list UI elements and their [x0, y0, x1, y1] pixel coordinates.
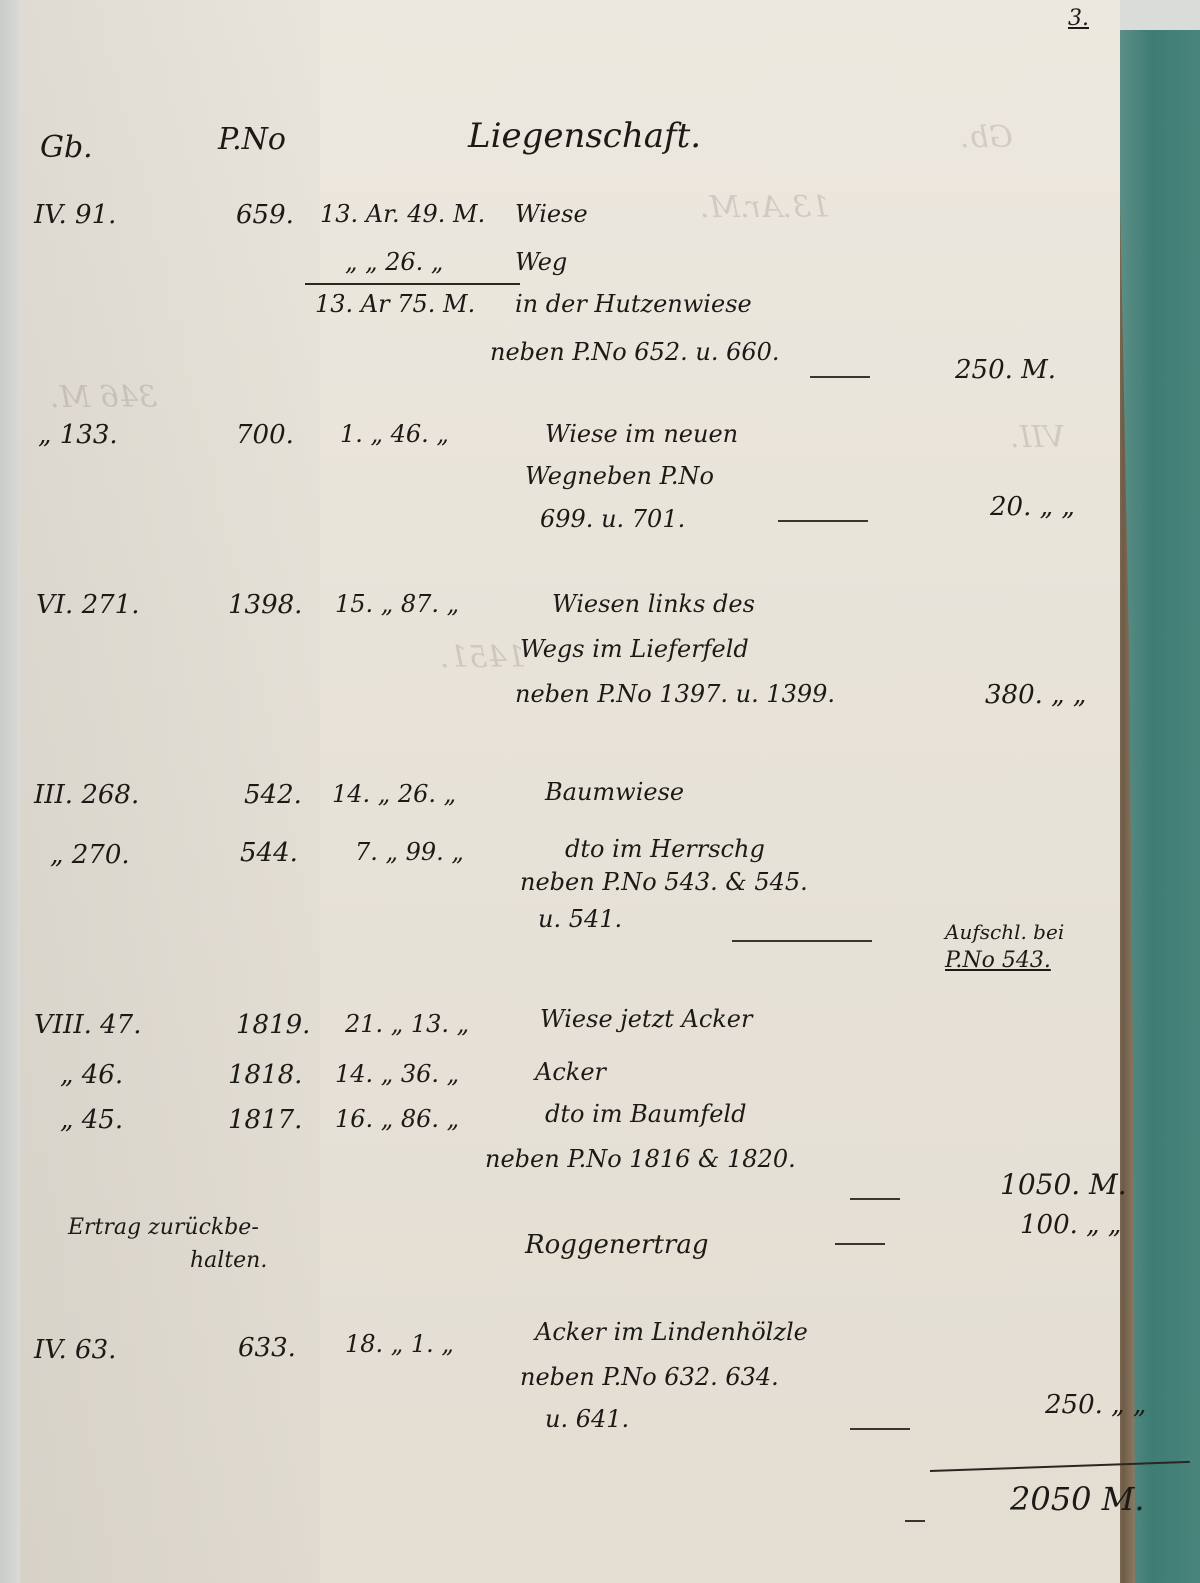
entry-desc: neben P.No 1397. u. 1399. [515, 680, 835, 708]
leader-line [732, 940, 872, 942]
entry-gb: „ 270. [50, 840, 130, 870]
roggen-label: Roggenertrag [525, 1230, 709, 1260]
entry-gb: VIII. 47. [34, 1010, 141, 1040]
entry-desc: 699. u. 701. [540, 505, 685, 533]
entry-desc: in der Hutzenwiese [515, 290, 752, 318]
entry-gb: III. 268. [34, 780, 139, 810]
entry-desc: neben P.No 1816 & 1820. [485, 1145, 796, 1173]
entry-value: 20. „ „ [990, 492, 1075, 522]
entry-area: 13. Ar 75. M. [315, 290, 475, 318]
adjacent-page-edge [0, 0, 22, 1583]
entry-gb: „ 46. [60, 1060, 123, 1090]
entry-desc: Wiese jetzt Acker [540, 1005, 752, 1033]
entry-gb: „ 45. [60, 1105, 123, 1135]
entry-desc: neben P.No 652. u. 660. [490, 338, 780, 366]
leader-line [850, 1198, 900, 1200]
bleed-through: 13.Ar.M. [700, 190, 830, 225]
entry-plan-nr: 659. [236, 200, 294, 230]
header-grundbuch: Gb. [40, 130, 93, 165]
entry-gb: „ 133. [38, 420, 118, 450]
entry-desc: neben P.No 543. & 545. [520, 868, 808, 896]
leader-line [905, 1520, 925, 1522]
entry-plan-nr: 1398. [228, 590, 302, 620]
entry-area: 1. „ 46. „ [340, 420, 449, 448]
entry-desc: Baumwiese [545, 778, 684, 806]
entry-note: Aufschl. bei [945, 920, 1064, 944]
entry-area: 16. „ 86. „ [335, 1105, 459, 1133]
entry-area: 13. Ar. 49. M. [320, 200, 485, 228]
entry-desc: neben P.No 632. 634. [520, 1363, 779, 1391]
entry-value: 250. M. [955, 355, 1056, 385]
entry-note: P.No 543. [945, 948, 1051, 973]
entry-area: 14. „ 26. „ [332, 780, 456, 808]
entry-area: 7. „ 99. „ [355, 838, 464, 866]
page-number: 3. [1068, 6, 1089, 31]
roggen-value: 100. „ „ [1020, 1210, 1121, 1240]
header-plan-nr: P.No [218, 122, 286, 157]
bleed-through: 346 M. [50, 380, 157, 415]
entry-value: 380. „ „ [985, 680, 1086, 710]
entry-plan-nr: 544. [240, 838, 298, 868]
entry-area: 18. „ 1. „ [345, 1330, 454, 1358]
bleed-through: VII. [1010, 420, 1065, 455]
entry-gb: IV. 91. [34, 200, 116, 230]
entry-desc: Wegs im Lieferfeld [520, 635, 749, 663]
side-note: halten. [190, 1248, 267, 1273]
entry-plan-nr: 700. [236, 420, 294, 450]
entry-desc: Wiese im neuen [545, 420, 738, 448]
leader-line [835, 1243, 885, 1245]
entry-desc: Weg [515, 248, 567, 276]
entry-area: 21. „ 13. „ [345, 1010, 469, 1038]
entry-gb: VI. 271. [36, 590, 139, 620]
entry-desc: Acker im Lindenhölzle [535, 1318, 808, 1346]
entry-value: 250. „ „ [1045, 1390, 1146, 1420]
entry-value: 1050. M. [1000, 1168, 1127, 1201]
sum-rule [305, 283, 520, 285]
entry-desc: Wiesen links des [552, 590, 755, 618]
total-value: 2050 M. [1010, 1480, 1145, 1518]
leader-line [778, 520, 868, 522]
entry-area: 15. „ 87. „ [335, 590, 459, 618]
entry-area: 14. „ 36. „ [335, 1060, 459, 1088]
entry-plan-nr: 1819. [236, 1010, 310, 1040]
entry-desc: Wiese [515, 200, 588, 228]
bleed-through: Gb. [960, 120, 1013, 155]
entry-plan-nr: 1817. [228, 1105, 302, 1135]
entry-area: „ „ 26. „ [345, 248, 443, 276]
entry-desc: Acker [535, 1058, 606, 1086]
bleed-through: 1451. [440, 640, 526, 675]
leader-line [810, 376, 870, 378]
entry-plan-nr: 1818. [228, 1060, 302, 1090]
entry-desc: u. 541. [538, 905, 622, 933]
entry-desc: Wegneben P.No [525, 462, 714, 490]
leader-line [850, 1428, 910, 1430]
entry-desc: dto im Herrschg [565, 835, 765, 863]
entry-desc: u. 641. [545, 1405, 629, 1433]
entry-gb: IV. 63. [34, 1335, 116, 1365]
side-note: Ertrag zurückbe- [68, 1215, 259, 1240]
entry-desc: dto im Baumfeld [545, 1100, 746, 1128]
entry-plan-nr: 542. [244, 780, 302, 810]
header-liegenschaft: Liegenschaft. [468, 116, 701, 156]
entry-plan-nr: 633. [238, 1333, 296, 1363]
